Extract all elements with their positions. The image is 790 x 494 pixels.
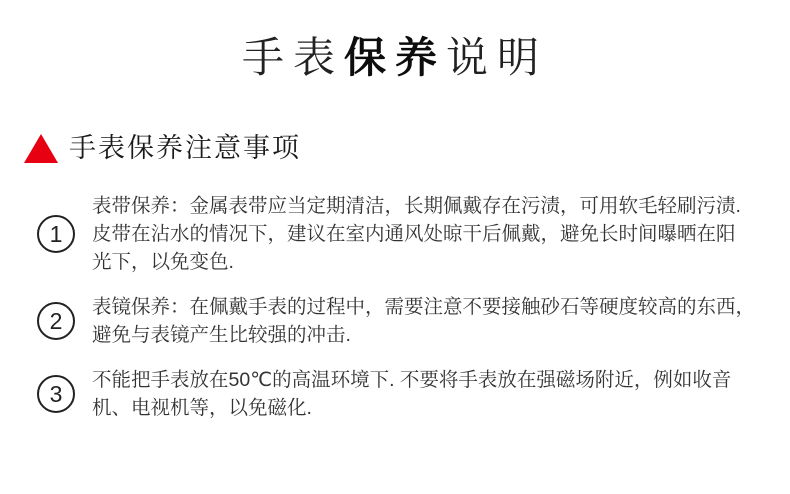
section-heading: 手表保养注意事项 [24,132,790,164]
item-text-line: 不能把手表放在50℃的高温环境下. 不要将手表放在强磁场附近，例如收音 [92,366,782,394]
page-title-prefix: 手表 [242,34,344,81]
page-title-emphasis: 保养 [344,34,446,81]
item-text-line: 避免与表镜产生比较强的冲击. [92,321,782,349]
red-triangle-icon [24,134,58,163]
page-title: 手表保养说明 [0,0,790,86]
care-item-2: 2 表镜保养：在佩戴手表的过程中，需要注意不要接触砂石等硬度较高的东西， 避免与… [37,293,790,349]
item-number-badge-3: 3 [37,375,75,413]
item-text-1: 表带保养：金属表带应当定期清洁，长期佩戴存在污渍，可用软毛轻刷污渍. 皮带在沾水… [92,192,782,276]
item-text-3: 不能把手表放在50℃的高温环境下. 不要将手表放在强磁场附近，例如收音 机、电视… [92,366,782,422]
item-number-badge-1: 1 [37,215,75,253]
item-text-line: 光下，以免变色. [92,248,782,276]
item-text-line: 表镜保养：在佩戴手表的过程中，需要注意不要接触砂石等硬度较高的东西， [92,293,782,321]
care-item-list: 1 表带保养：金属表带应当定期清洁，长期佩戴存在污渍，可用软毛轻刷污渍. 皮带在… [37,192,790,422]
care-item-1: 1 表带保养：金属表带应当定期清洁，长期佩戴存在污渍，可用软毛轻刷污渍. 皮带在… [37,192,790,276]
watch-care-page: 手表保养说明 手表保养注意事项 1 表带保养：金属表带应当定期清洁，长期佩戴存在… [0,0,790,494]
section-heading-label: 手表保养注意事项 [69,132,301,164]
page-title-suffix: 说明 [446,34,548,81]
item-text-line: 表带保养：金属表带应当定期清洁，长期佩戴存在污渍，可用软毛轻刷污渍. [92,192,782,220]
item-number-badge-2: 2 [37,302,75,340]
item-text-line: 皮带在沾水的情况下，建议在室内通风处晾干后佩戴，避免长时间曝晒在阳 [92,220,782,248]
care-item-3: 3 不能把手表放在50℃的高温环境下. 不要将手表放在强磁场附近，例如收音 机、… [37,366,790,422]
item-text-2: 表镜保养：在佩戴手表的过程中，需要注意不要接触砂石等硬度较高的东西， 避免与表镜… [92,293,782,349]
item-text-line: 机、电视机等，以免磁化. [92,394,782,422]
